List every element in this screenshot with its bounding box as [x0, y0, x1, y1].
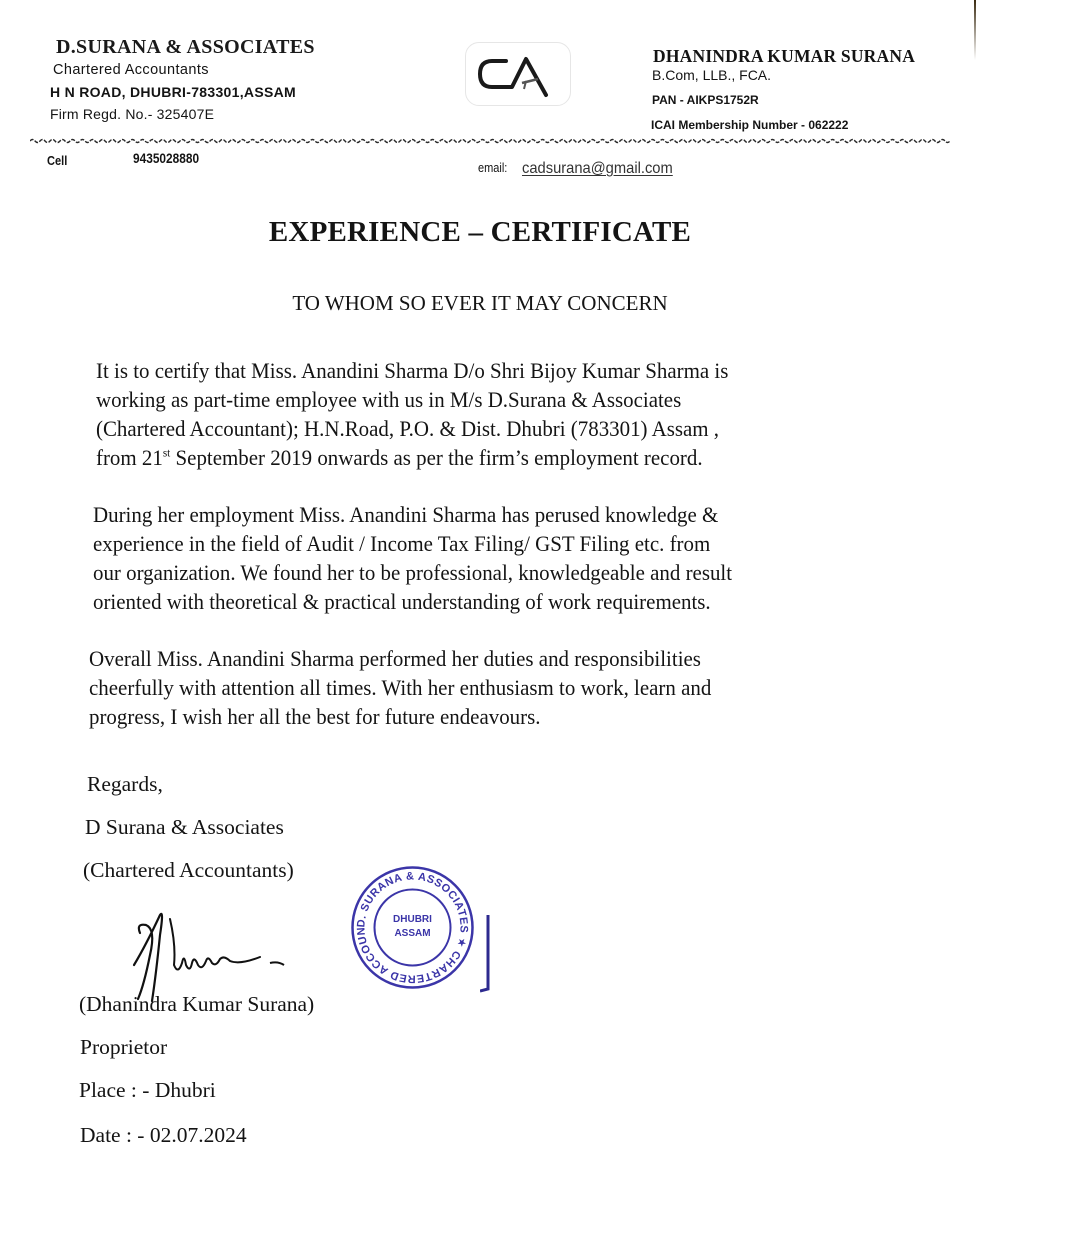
- closing-firm-name: D Surana & Associates: [85, 815, 284, 840]
- place: Place : - Dhubri: [79, 1078, 216, 1103]
- paragraph-line: progress, I wish her all the best for fu…: [89, 702, 711, 731]
- paragraph-certification: It is to certify that Miss. Anandini Sha…: [96, 356, 728, 472]
- stamp-center-line2: ASSAM: [394, 928, 430, 939]
- paragraph-line: It is to certify that Miss. Anandini Sha…: [96, 356, 728, 385]
- closing-firm-type: (Chartered Accountants): [83, 858, 294, 883]
- scan-edge-mark: [974, 0, 976, 60]
- paragraph-line: Overall Miss. Anandini Sharma performed …: [89, 644, 711, 673]
- paragraph-line: (Chartered Accountant); H.N.Road, P.O. &…: [96, 414, 728, 443]
- owner-qualifications: B.Com, LLB., FCA.: [652, 67, 771, 83]
- firm-name: D.SURANA & ASSOCIATES: [56, 36, 315, 59]
- owner-icai-number: ICAI Membership Number - 062222: [651, 118, 848, 132]
- stamp-center-line1: DHUBRI: [393, 914, 432, 925]
- firm-subtitle: Chartered Accountants: [53, 62, 209, 78]
- email-label: email:: [478, 161, 507, 175]
- paragraph-line: experience in the field of Audit / Incom…: [93, 529, 732, 558]
- paragraph-line: cheerfully with attention all times. Wit…: [89, 673, 711, 702]
- paragraph-line: our organization. We found her to be pro…: [93, 558, 732, 587]
- paragraph-line: working as part-time employee with us in…: [96, 385, 728, 414]
- letterhead-divider: [30, 137, 950, 145]
- closing-regards: Regards,: [87, 772, 163, 797]
- paragraph-line: from 21st September 2019 onwards as per …: [96, 443, 728, 472]
- paragraph-line: oriented with theoretical & practical un…: [93, 587, 732, 616]
- owner-name: DHANINDRA KUMAR SURANA: [653, 46, 915, 67]
- line-text: from 21: [96, 445, 163, 470]
- ca-logo-icon: [465, 42, 571, 106]
- line-text: September 2019 onwards as per the firm’s…: [170, 445, 702, 470]
- email-link[interactable]: cadsurana@gmail.com: [522, 160, 673, 178]
- stamp-ink-mark: [480, 915, 490, 995]
- company-stamp: D. SURANA & ASSOCIATES ★ CHARTERED ACCOU…: [345, 860, 480, 995]
- signatory-name: (Dhanindra Kumar Surana): [79, 992, 314, 1017]
- paragraph-experience: During her employment Miss. Anandini Sha…: [93, 500, 732, 616]
- salutation: TO WHOM SO EVER IT MAY CONCERN: [0, 291, 960, 316]
- ordinal-suffix: st: [163, 446, 170, 460]
- paragraph-line: During her employment Miss. Anandini Sha…: [93, 500, 732, 529]
- signatory-designation: Proprietor: [80, 1035, 167, 1060]
- date: Date : - 02.07.2024: [80, 1123, 247, 1148]
- owner-pan: PAN - AIKPS1752R: [652, 93, 759, 107]
- firm-address: H N ROAD, DHUBRI-783301,ASSAM: [50, 84, 296, 100]
- cell-label: Cell: [47, 153, 67, 168]
- firm-registration: Firm Regd. No.- 325407E: [50, 106, 214, 122]
- paragraph-conclusion: Overall Miss. Anandini Sharma performed …: [89, 644, 711, 731]
- document-title: EXPERIENCE – CERTIFICATE: [0, 216, 960, 249]
- cell-number: 9435028880: [133, 151, 199, 166]
- signature-icon: [120, 905, 300, 1005]
